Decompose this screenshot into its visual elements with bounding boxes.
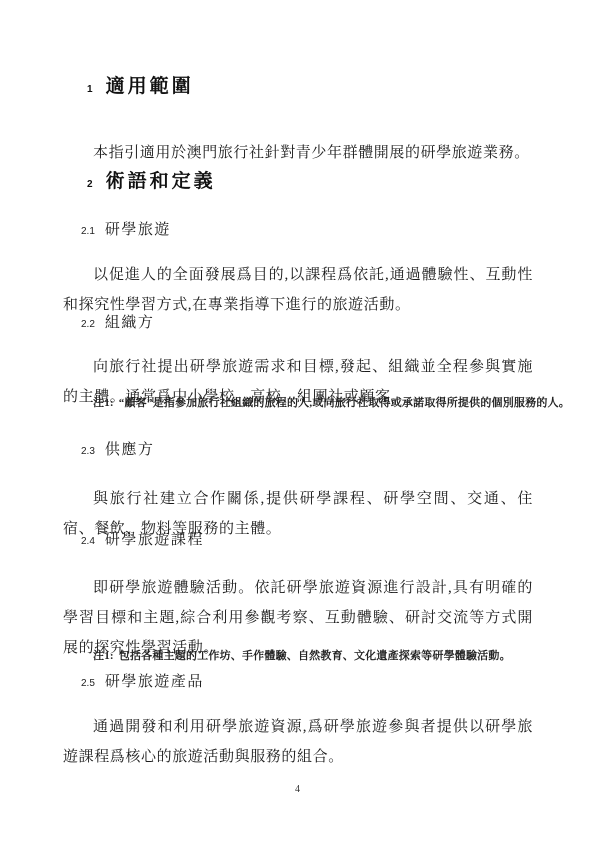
term-title: 研學旅遊 xyxy=(105,220,171,240)
term-number: 2.5 xyxy=(81,674,95,694)
footnote-text: 包括各種主題的工作坊、手作體驗、自然教育、文化遺產探索等研學體驗活動。 xyxy=(119,650,511,662)
term-2-4-footnote: 注1:包括各種主題的工作坊、手作體驗、自然教育、文化遺產探索等研學體驗活動。 xyxy=(63,648,583,665)
term-number: 2.3 xyxy=(81,442,95,462)
term-2-5-heading: 2.5 研學旅遊產品 xyxy=(63,672,533,694)
term-2-2-heading: 2.2 組織方 xyxy=(63,313,533,335)
term-title: 組織方 xyxy=(105,313,155,333)
term-2-3-heading: 2.3 供應方 xyxy=(63,440,533,462)
footnote-label: 注1: xyxy=(93,397,114,409)
section-number: 1 xyxy=(87,77,93,103)
document-content: 1 適用範圍 本指引適用於澳門旅行社針對青少年群體開展的研學旅遊業務。 2 術語… xyxy=(63,0,533,841)
footnote-label: 注1: xyxy=(93,650,114,662)
section-number: 2 xyxy=(87,172,93,198)
term-number: 2.2 xyxy=(81,315,95,335)
term-number: 2.1 xyxy=(81,222,95,242)
section-title: 適用範圍 xyxy=(106,74,194,100)
term-2-2-footnote: 注1:“顧客”是指參加旅行社組織的旅程的人,或向旅行社取得或承諾取得所提供的個別… xyxy=(63,395,583,412)
term-2-1-body: 以促進人的全面發展爲目的,以課程爲依託,通過體驗性、互動性和探究性學習方式,在專… xyxy=(63,260,533,320)
term-title: 供應方 xyxy=(105,440,155,460)
term-2-5-body: 通過開發和利用研學旅遊資源,爲研學旅遊參與者提供以研學旅遊課程爲核心的旅遊活動與… xyxy=(63,712,533,772)
term-title: 研學旅遊課程 xyxy=(105,530,204,550)
section-2-heading: 2 術語和定義 xyxy=(63,169,533,198)
section-1-paragraph: 本指引適用於澳門旅行社針對青少年群體開展的研學旅遊業務。 xyxy=(63,138,533,168)
term-number: 2.4 xyxy=(81,532,95,552)
section-1-heading: 1 適用範圍 xyxy=(63,74,533,103)
document-page: 1 適用範圍 本指引適用於澳門旅行社針對青少年群體開展的研學旅遊業務。 2 術語… xyxy=(0,0,595,841)
term-2-4-heading: 2.4 研學旅遊課程 xyxy=(63,530,533,552)
page-number: 4 xyxy=(0,783,595,797)
term-2-1-heading: 2.1 研學旅遊 xyxy=(63,220,533,242)
footnote-text: “顧客”是指參加旅行社組織的旅程的人,或向旅行社取得或承諾取得所提供的個別服務的… xyxy=(119,397,570,409)
section-title: 術語和定義 xyxy=(106,169,216,195)
term-title: 研學旅遊產品 xyxy=(105,672,204,692)
